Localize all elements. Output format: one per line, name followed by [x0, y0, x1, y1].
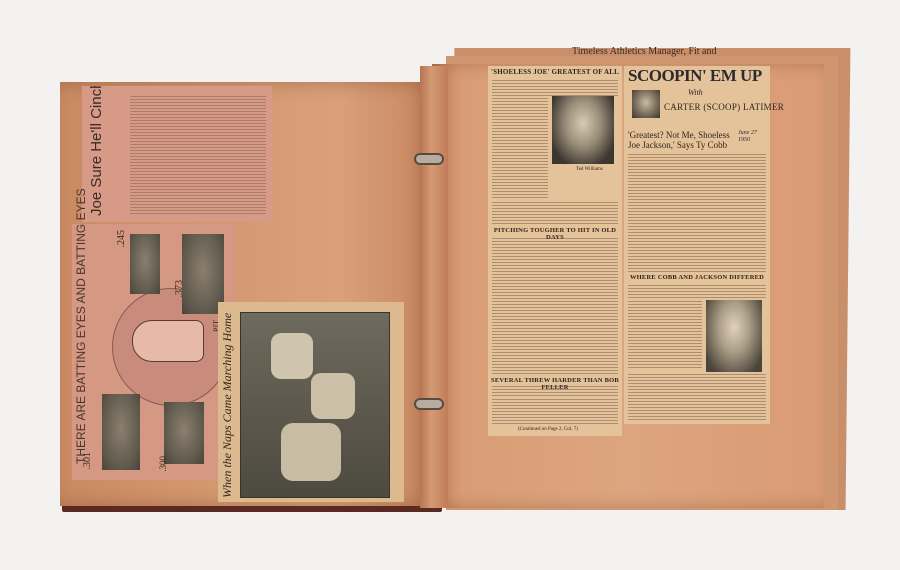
latimer-portrait — [632, 90, 660, 118]
top-strip-text: Timeless Athletics Manager, Fit and — [572, 46, 717, 57]
photo-caption: When the Naps Came Marching Home — [222, 312, 233, 498]
article-text-block — [492, 398, 618, 424]
article-continuation: (Continued on Page 2, Col. 7) — [488, 396, 622, 436]
article-ty-cobb: SCOOPIN' EM UP With CARTER (SCOOP) LATIM… — [624, 66, 770, 424]
cartoon-headline: THERE ARE BATTING EYES AND BATTING EYES — [74, 244, 88, 464]
cartoon-inset-photo — [164, 402, 204, 464]
byline-prefix: With — [688, 88, 703, 97]
binder-ring-top-icon — [414, 153, 444, 165]
article-text-block — [492, 238, 618, 374]
article-text-block — [628, 152, 766, 272]
ted-williams-photo — [552, 96, 614, 164]
article-text-block — [492, 78, 618, 96]
article-text-block — [628, 300, 702, 368]
article-headline: 'Greatest? Not Me, Shoeless Joe Jackson,… — [628, 130, 740, 150]
player-figure-icon — [281, 423, 341, 481]
binding-gutter — [420, 66, 448, 508]
average-label: .300 — [158, 456, 168, 472]
cartoon-batting-eyes: THERE ARE BATTING EYES AND BATTING EYES … — [72, 224, 236, 480]
binder-ring-bottom-icon — [414, 398, 444, 410]
player-figure-icon — [271, 333, 313, 379]
cartoon-inset-photo — [130, 234, 160, 294]
batter-figure-icon — [132, 320, 204, 362]
cartoon-inset-photo — [102, 394, 140, 470]
byline: CARTER (SCOOP) LATIMER — [664, 102, 784, 112]
clipping-naps-photo: When the Naps Came Marching Home — [218, 302, 404, 502]
average-label: .245 — [116, 230, 127, 248]
handwritten-date: June 27 1950 — [738, 130, 768, 144]
article-text-block — [628, 284, 766, 298]
article-text-block — [628, 374, 766, 420]
ty-cobb-photo — [706, 300, 762, 372]
average-label: .301 — [82, 452, 93, 470]
article-headline: 'SHOELESS JOE' GREATEST OF ALL — [490, 68, 620, 76]
clipping-batting-title: Joe Sure He'll Cinch Batting Title if He… — [82, 86, 272, 222]
article-text-block — [492, 386, 618, 396]
average-label: .373 — [174, 280, 185, 298]
article-text-block — [130, 94, 266, 214]
continued-note: (Continued on Page 2, Col. 7) — [518, 426, 578, 433]
headline-batting-title: Joe Sure He'll Cinch Batting Title if He… — [88, 94, 132, 216]
team-photo — [240, 312, 390, 498]
column-title: SCOOPIN' EM UP — [628, 66, 762, 86]
article-subhead: WHERE COBB AND JACKSON DIFFERED — [626, 274, 768, 281]
article-text-block — [492, 200, 618, 224]
article-shoeless-joe: 'SHOELESS JOE' GREATEST OF ALL Ted Willi… — [488, 66, 622, 396]
photo-caption: Ted Williams — [576, 166, 603, 173]
player-figure-icon — [311, 373, 355, 419]
article-text-block — [492, 98, 548, 198]
